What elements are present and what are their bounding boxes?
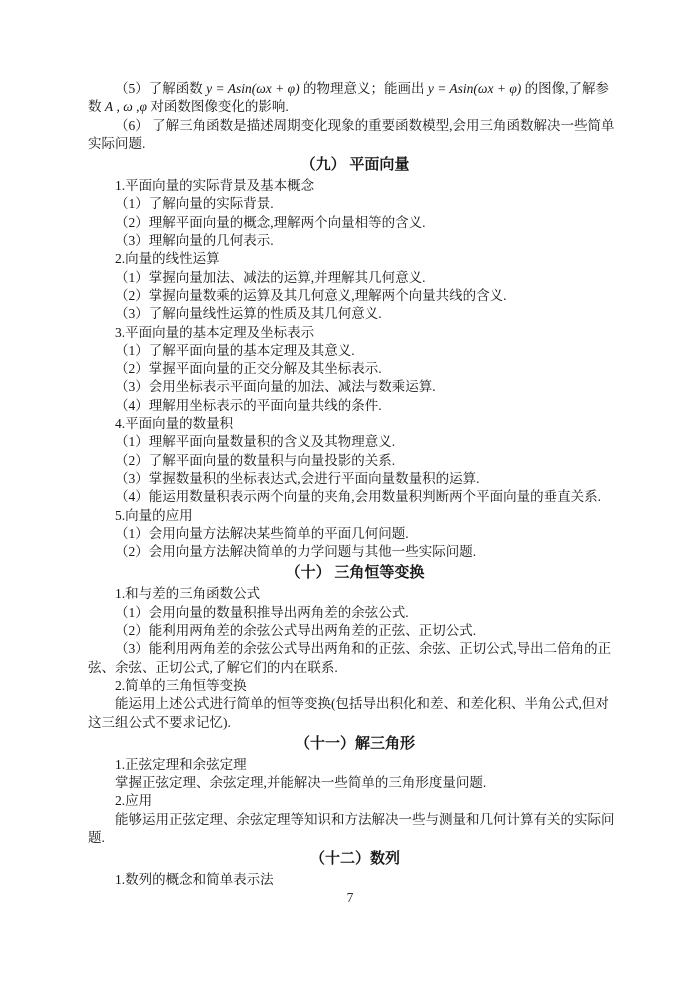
text-run: （1）会用向量方法解决某些简单的平面几何问题.	[115, 526, 409, 541]
text-run: （3）掌握数量积的坐标表达式,会进行平面向量数量积的运算.	[115, 471, 480, 486]
text-run: （1）了解向量的实际背景.	[115, 196, 274, 211]
text-run: （十） 三角恒等变换	[286, 565, 425, 581]
paragraph: （5）了解函数 y = Asin(ωx + φ) 的物理意义；能画出 y = A…	[88, 80, 622, 117]
text-run: （1）理解平面向量数量积的含义及其物理意义.	[115, 434, 395, 449]
text-run: （1）掌握向量加法、减法的运算,并理解其几何意义.	[115, 270, 426, 285]
paragraph: 掌握正弦定理、余弦定理,并能解决一些简单的三角形度量问题.	[88, 774, 622, 792]
document-content: （5）了解函数 y = Asin(ωx + φ) 的物理意义；能画出 y = A…	[88, 80, 622, 890]
paragraph: （2）掌握平面向量的正交分解及其坐标表示.	[88, 360, 622, 378]
text-run: （九） 平面向量	[301, 157, 410, 173]
paragraph: （3）能利用两角差的余弦公式导出两角和的正弦、余弦、正切公式,导出二倍角的正弦、…	[88, 640, 622, 677]
paragraph: （3）了解向量线性运算的性质及其几何意义.	[88, 305, 622, 323]
text-run: （2）掌握平面向量的正交分解及其坐标表示.	[115, 361, 382, 376]
section-heading: （十二）数列	[88, 850, 622, 869]
paragraph: 3.平面向量的基本定理及坐标表示	[88, 324, 622, 342]
section-heading: （十一）解三角形	[88, 735, 622, 754]
paragraph: （2）能利用两角差的余弦公式导出两角差的正弦、正切公式.	[88, 622, 622, 640]
text-run: 3.平面向量的基本定理及坐标表示	[115, 325, 314, 340]
text-run: ,	[113, 99, 123, 114]
paragraph: （1）掌握向量加法、减法的运算,并理解其几何意义.	[88, 269, 622, 287]
paragraph: （3）理解向量的几何表示.	[88, 232, 622, 250]
page-number: 7	[347, 890, 354, 905]
math-formula: ω	[123, 99, 133, 114]
section-heading: （九） 平面向量	[88, 156, 622, 175]
paragraph: （2）会用向量方法解决简单的力学问题与其他一些实际问题.	[88, 543, 622, 561]
math-formula: φ	[140, 99, 147, 114]
math-formula: y = Asin(ωx + φ)	[428, 81, 521, 96]
text-run: 掌握正弦定理、余弦定理,并能解决一些简单的三角形度量问题.	[115, 775, 486, 790]
math-formula: y = Asin(ωx + φ)	[206, 81, 299, 96]
text-run: 1.数列的概念和简单表示法	[115, 872, 274, 887]
text-run: 能运用上述公式进行简单的恒等变换(包括导出积化和差、和差化积、半角公式,但对这三…	[88, 696, 609, 729]
text-run: 2.应用	[115, 793, 152, 808]
paragraph: 能运用上述公式进行简单的恒等变换(包括导出积化和差、和差化积、半角公式,但对这三…	[88, 695, 622, 732]
paragraph: 2.简单的三角恒等变换	[88, 677, 622, 695]
text-run: （3）会用坐标表示平面向量的加法、减法与数乘运算.	[115, 379, 436, 394]
paragraph: 2.向量的线性运算	[88, 250, 622, 268]
text-run: （2）了解平面向量的数量积与向量投影的关系.	[115, 453, 395, 468]
text-run: （2）理解平面向量的概念,理解两个向量相等的含义.	[115, 215, 426, 230]
page-footer: 7	[0, 889, 700, 907]
paragraph: （3）掌握数量积的坐标表达式,会进行平面向量数量积的运算.	[88, 470, 622, 488]
paragraph: 1.和与差的三角函数公式	[88, 585, 622, 603]
text-run: （2）能利用两角差的余弦公式导出两角差的正弦、正切公式.	[115, 623, 476, 638]
paragraph: （1）会用向量方法解决某些简单的平面几何问题.	[88, 525, 622, 543]
text-run: （十一）解三角形	[295, 736, 415, 752]
text-run: 2.简单的三角恒等变换	[115, 678, 247, 693]
text-run: （3）能利用两角差的余弦公式导出两角和的正弦、余弦、正切公式,导出二倍角的正弦、…	[88, 641, 611, 674]
text-run: （1）了解平面向量的基本定理及其意义.	[115, 343, 355, 358]
text-run: （2）掌握向量数乘的运算及其几何意义,理解两个向量共线的含义.	[115, 288, 507, 303]
text-run: （4）能运用数量积表示两个向量的夹角,会用数量积判断两个平面向量的垂直关系.	[115, 489, 601, 504]
text-run: （3）理解向量的几何表示.	[115, 233, 274, 248]
text-run: 4.平面向量的数量积	[115, 416, 233, 431]
text-run: （十二）数列	[310, 851, 400, 867]
text-run: （6） 了解三角函数是描述周期变化现象的重要函数模型,会用三角函数解决一些简单实…	[88, 118, 615, 151]
paragraph: （3）会用坐标表示平面向量的加法、减法与数乘运算.	[88, 378, 622, 396]
paragraph: 1.正弦定理和余弦定理	[88, 756, 622, 774]
text-run: ,	[133, 99, 140, 114]
paragraph: 4.平面向量的数量积	[88, 415, 622, 433]
text-run: 能够运用正弦定理、余弦定理等知识和方法解决一些与测量和几何计算有关的实际问题.	[88, 812, 615, 845]
paragraph: 5.向量的应用	[88, 507, 622, 525]
text-run: 5.向量的应用	[115, 508, 193, 523]
paragraph: （1）了解平面向量的基本定理及其意义.	[88, 342, 622, 360]
text-run: 1.和与差的三角函数公式	[115, 586, 260, 601]
paragraph: （1）了解向量的实际背景.	[88, 195, 622, 213]
paragraph: （4）能运用数量积表示两个向量的夹角,会用数量积判断两个平面向量的垂直关系.	[88, 488, 622, 506]
paragraph: （2）掌握向量数乘的运算及其几何意义,理解两个向量共线的含义.	[88, 287, 622, 305]
text-run: （5）了解函数	[115, 81, 206, 96]
paragraph: 2.应用	[88, 792, 622, 810]
text-run: （1）会用向量的数量积推导出两角差的余弦公式.	[115, 605, 409, 620]
math-formula: A	[105, 99, 113, 114]
paragraph: （4）理解用坐标表示的平面向量共线的条件.	[88, 397, 622, 415]
paragraph: （2）了解平面向量的数量积与向量投影的关系.	[88, 452, 622, 470]
text-run: （4）理解用坐标表示的平面向量共线的条件.	[115, 398, 382, 413]
paragraph: （2）理解平面向量的概念,理解两个向量相等的含义.	[88, 214, 622, 232]
text-run: 1.平面向量的实际背景及基本概念	[115, 178, 314, 193]
text-run: 的物理意义；能画出	[300, 81, 428, 96]
paragraph: 能够运用正弦定理、余弦定理等知识和方法解决一些与测量和几何计算有关的实际问题.	[88, 811, 622, 848]
text-run: 2.向量的线性运算	[115, 251, 220, 266]
document-page: （5）了解函数 y = Asin(ωx + φ) 的物理意义；能画出 y = A…	[0, 0, 700, 989]
paragraph: 1.平面向量的实际背景及基本概念	[88, 177, 622, 195]
text-run: （3）了解向量线性运算的性质及其几何意义.	[115, 306, 382, 321]
paragraph: （1）理解平面向量数量积的含义及其物理意义.	[88, 433, 622, 451]
paragraph: （1）会用向量的数量积推导出两角差的余弦公式.	[88, 604, 622, 622]
paragraph: 1.数列的概念和简单表示法	[88, 871, 622, 889]
paragraph: （6） 了解三角函数是描述周期变化现象的重要函数模型,会用三角函数解决一些简单实…	[88, 117, 622, 154]
text-run: 1.正弦定理和余弦定理	[115, 757, 247, 772]
text-run: （2）会用向量方法解决简单的力学问题与其他一些实际问题.	[115, 544, 476, 559]
text-run: 对函数图像变化的影响.	[147, 99, 289, 114]
section-heading: （十） 三角恒等变换	[88, 564, 622, 583]
